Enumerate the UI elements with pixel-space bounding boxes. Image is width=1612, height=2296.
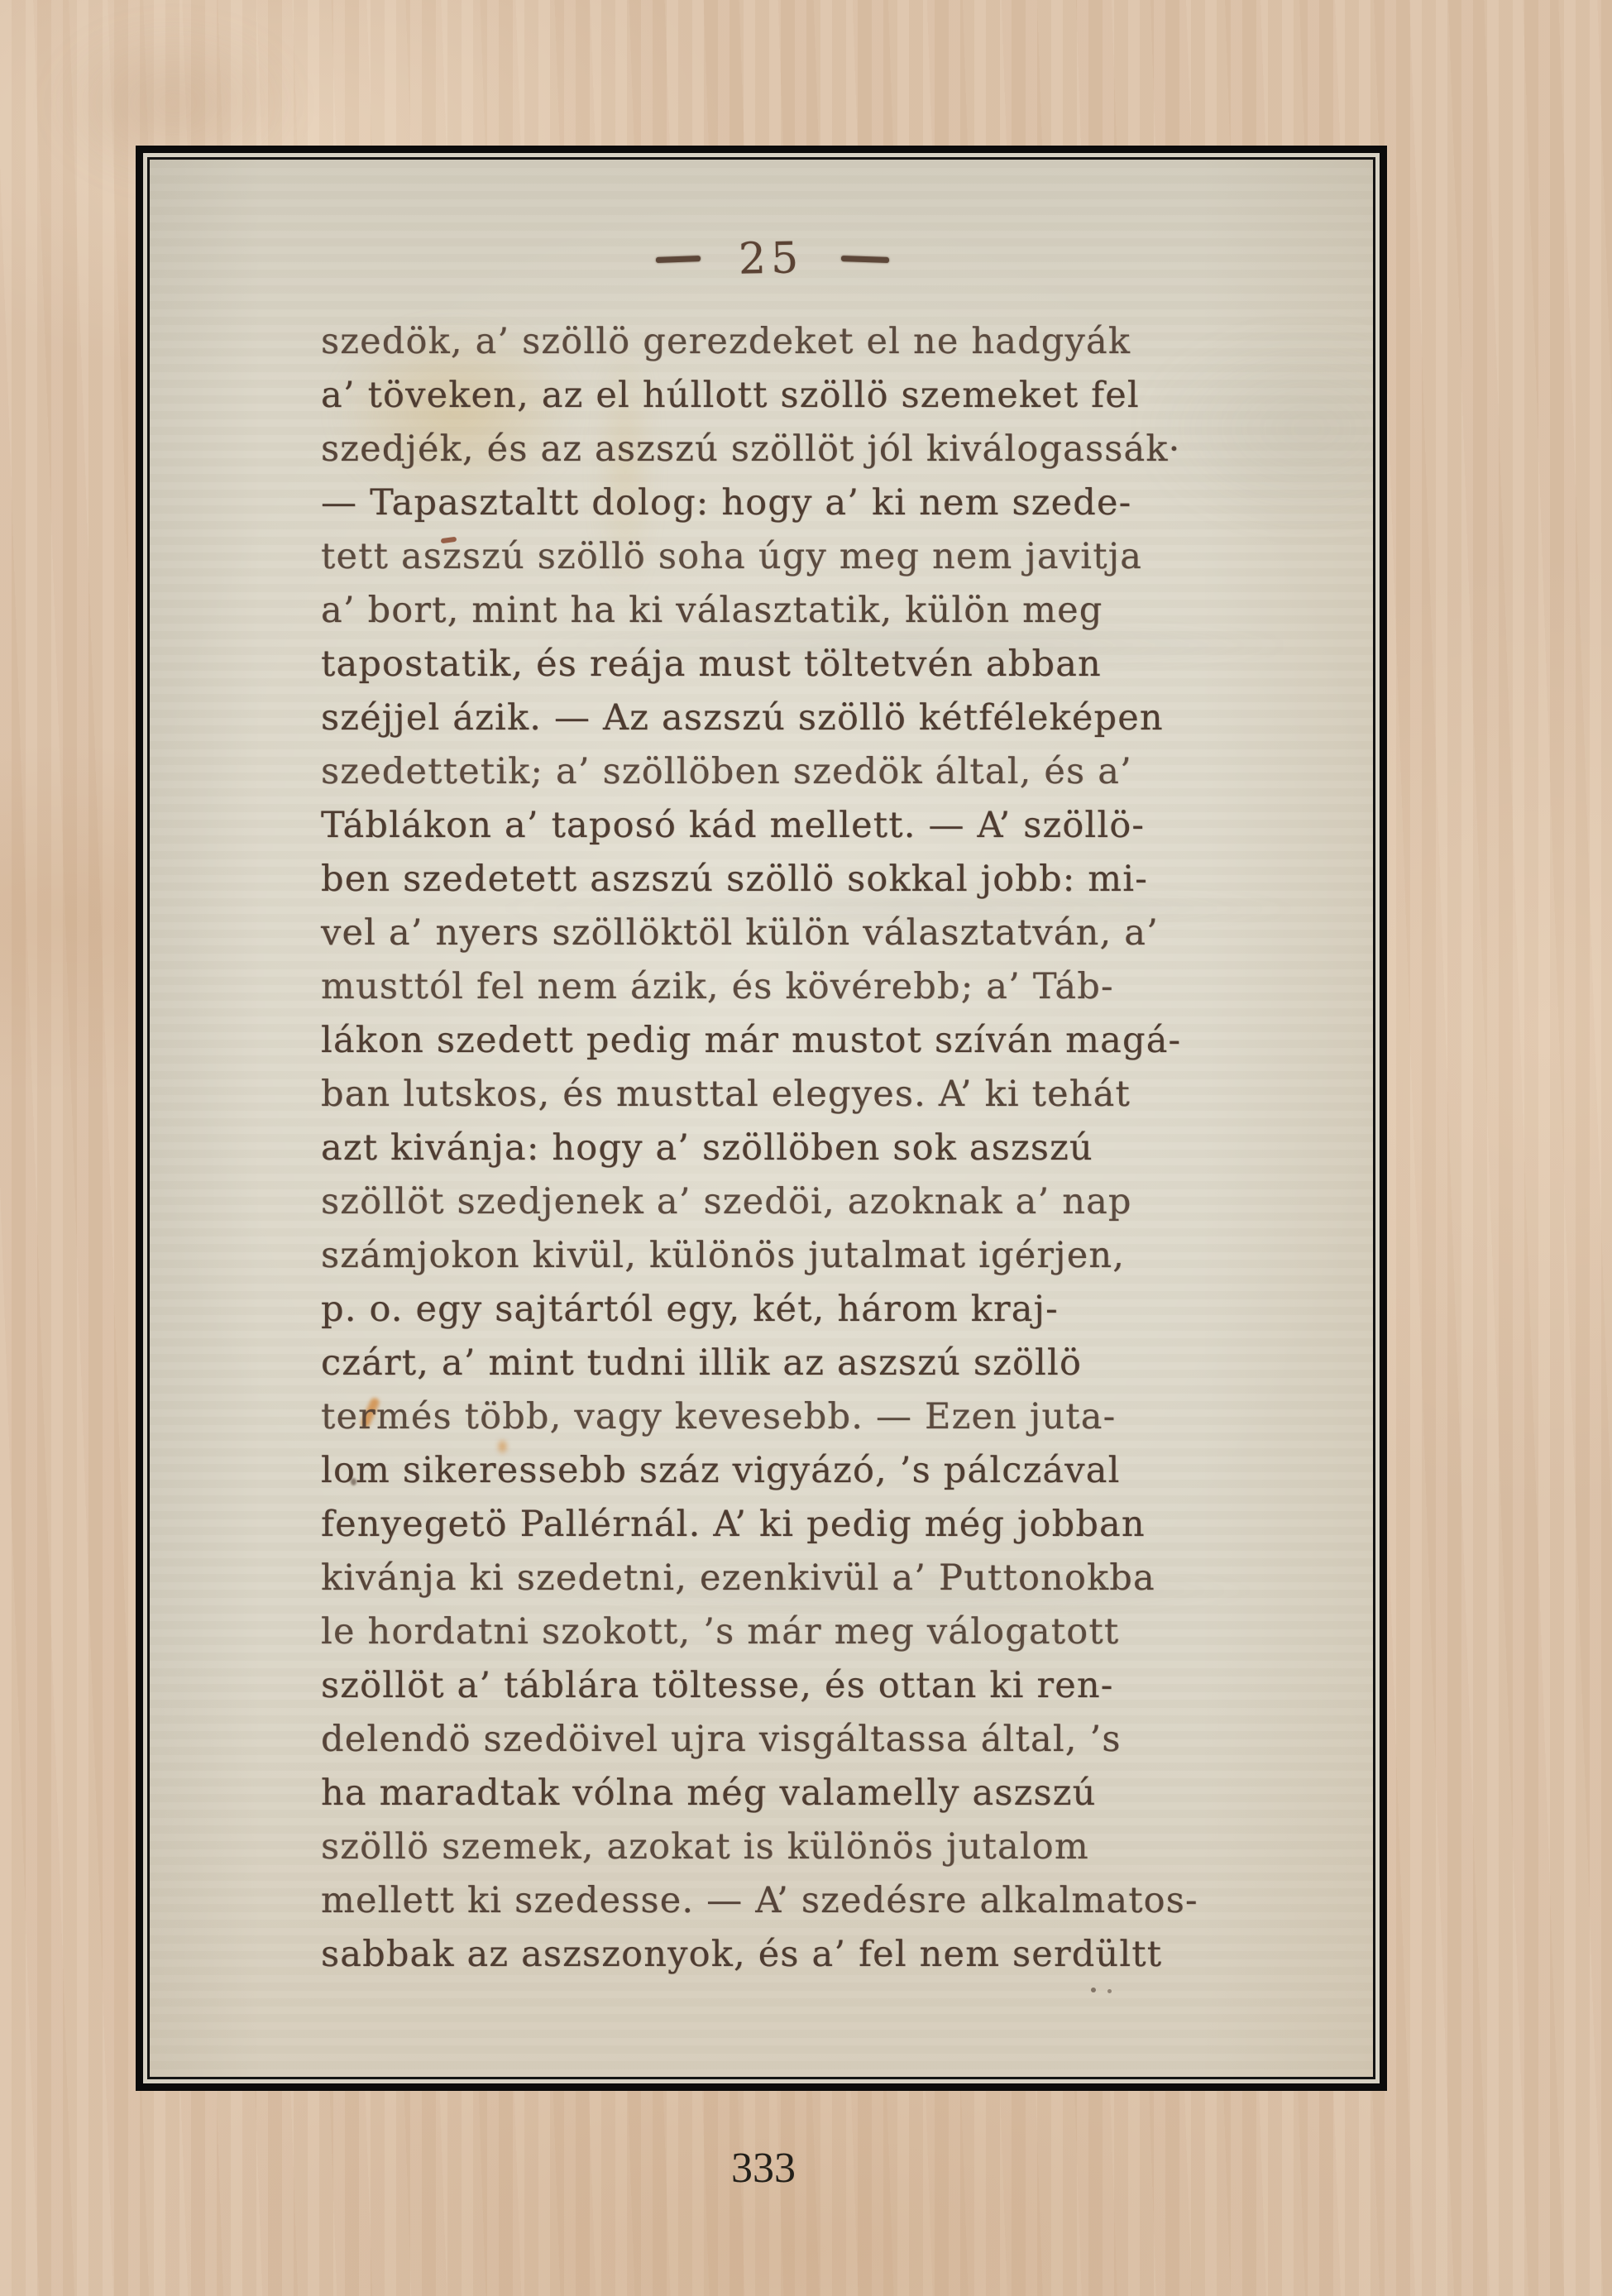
text-line: a’ töveken, az el húllott szöllö szemeke…	[321, 369, 1224, 423]
text-line: a’ bort, mint ha ki választatik, külön m…	[321, 584, 1224, 638]
text-line: termés több, vagy kevesebb. — Ezen juta-	[321, 1390, 1224, 1444]
text-line: tapostatik, és reája must töltetvén abba…	[321, 638, 1224, 691]
text-line: ha maradtak vólna még valamelly aszszú	[321, 1767, 1224, 1820]
text-line: musttól fel nem ázik, és kövérebb; a’ Tá…	[321, 960, 1224, 1014]
text-line: czárt, a’ mint tudni illik az aszszú szö…	[321, 1337, 1224, 1390]
text-line: lom sikeressebb száz vigyázó, ’s pálczáv…	[321, 1444, 1224, 1498]
text-line: kivánja ki szedetni, ezenkivül a’ Putton…	[321, 1552, 1224, 1605]
text-line: ban lutskos, és musttal elegyes. A’ ki t…	[321, 1068, 1224, 1122]
page-number-top: 25	[738, 233, 803, 284]
text-line: szedjék, és az aszszú szöllöt jól kiválo…	[321, 423, 1224, 476]
text-line: ben szedetett aszszú szöllö sokkal jobb:…	[321, 853, 1224, 906]
page: 25 szedök, a’ szöllö gerezdeket el ne ha…	[147, 157, 1375, 2079]
text-line: szedök, a’ szöllö gerezdeket el ne hadgy…	[321, 315, 1224, 369]
text-line: lákon szedett pedig már mustot szíván ma…	[321, 1014, 1224, 1068]
body-text: szedök, a’ szöllö gerezdeket el ne hadgy…	[321, 315, 1224, 1982]
text-line: szöllöt a’ táblára töltesse, és ottan ki…	[321, 1659, 1224, 1713]
text-line: delendö szedöivel ujra visgáltassa által…	[321, 1713, 1224, 1767]
page-frame: 25 szedök, a’ szöllö gerezdeket el ne ha…	[136, 146, 1387, 2091]
text-line: számjokon kivül, különös jutalmat igérje…	[321, 1229, 1224, 1283]
text-line: azt kivánja: hogy a’ szöllöben sok aszsz…	[321, 1122, 1224, 1175]
ink-speck	[1091, 1987, 1096, 1992]
text-line: Táblákon a’ taposó kád mellett. — A’ szö…	[321, 799, 1224, 853]
text-line: mellett ki szedesse. — A’ szedésre alkal…	[321, 1874, 1224, 1928]
text-line: szöllö szemek, azokat is különös jutalom	[321, 1820, 1224, 1874]
text-line: vel a’ nyers szöllöktöl külön választatv…	[321, 906, 1224, 960]
text-line: sabbak az aszszonyok, és a’ fel nem serd…	[321, 1928, 1224, 1982]
header-rule-right	[841, 255, 889, 262]
ink-speck	[1107, 1989, 1112, 1993]
text-line: fenyegetö Pallérnál. A’ ki pedig még job…	[321, 1498, 1224, 1552]
text-line: széjjel ázik. — Az aszszú szöllö kétféle…	[321, 691, 1224, 745]
running-head: 25	[321, 232, 1224, 285]
text-line: le hordatni szokott, ’s már meg válogato…	[321, 1605, 1224, 1659]
text-line: — Tapasztaltt dolog: hogy a’ ki nem szed…	[321, 476, 1224, 530]
text-line: tett aszszú szöllö soha úgy meg nem javi…	[321, 530, 1224, 584]
text-line: szöllöt szedjenek a’ szedöi, azoknak a’ …	[321, 1175, 1224, 1229]
folio-number: 333	[701, 2144, 825, 2193]
header-rule-left	[656, 256, 701, 263]
text-line: szedettetik; a’ szöllöben szedök által, …	[321, 745, 1224, 799]
scan-background: { "page": { "header": { "left_rule": "—"…	[0, 0, 1612, 2296]
text-line: p. o. egy sajtártól egy, két, három kraj…	[321, 1283, 1224, 1337]
